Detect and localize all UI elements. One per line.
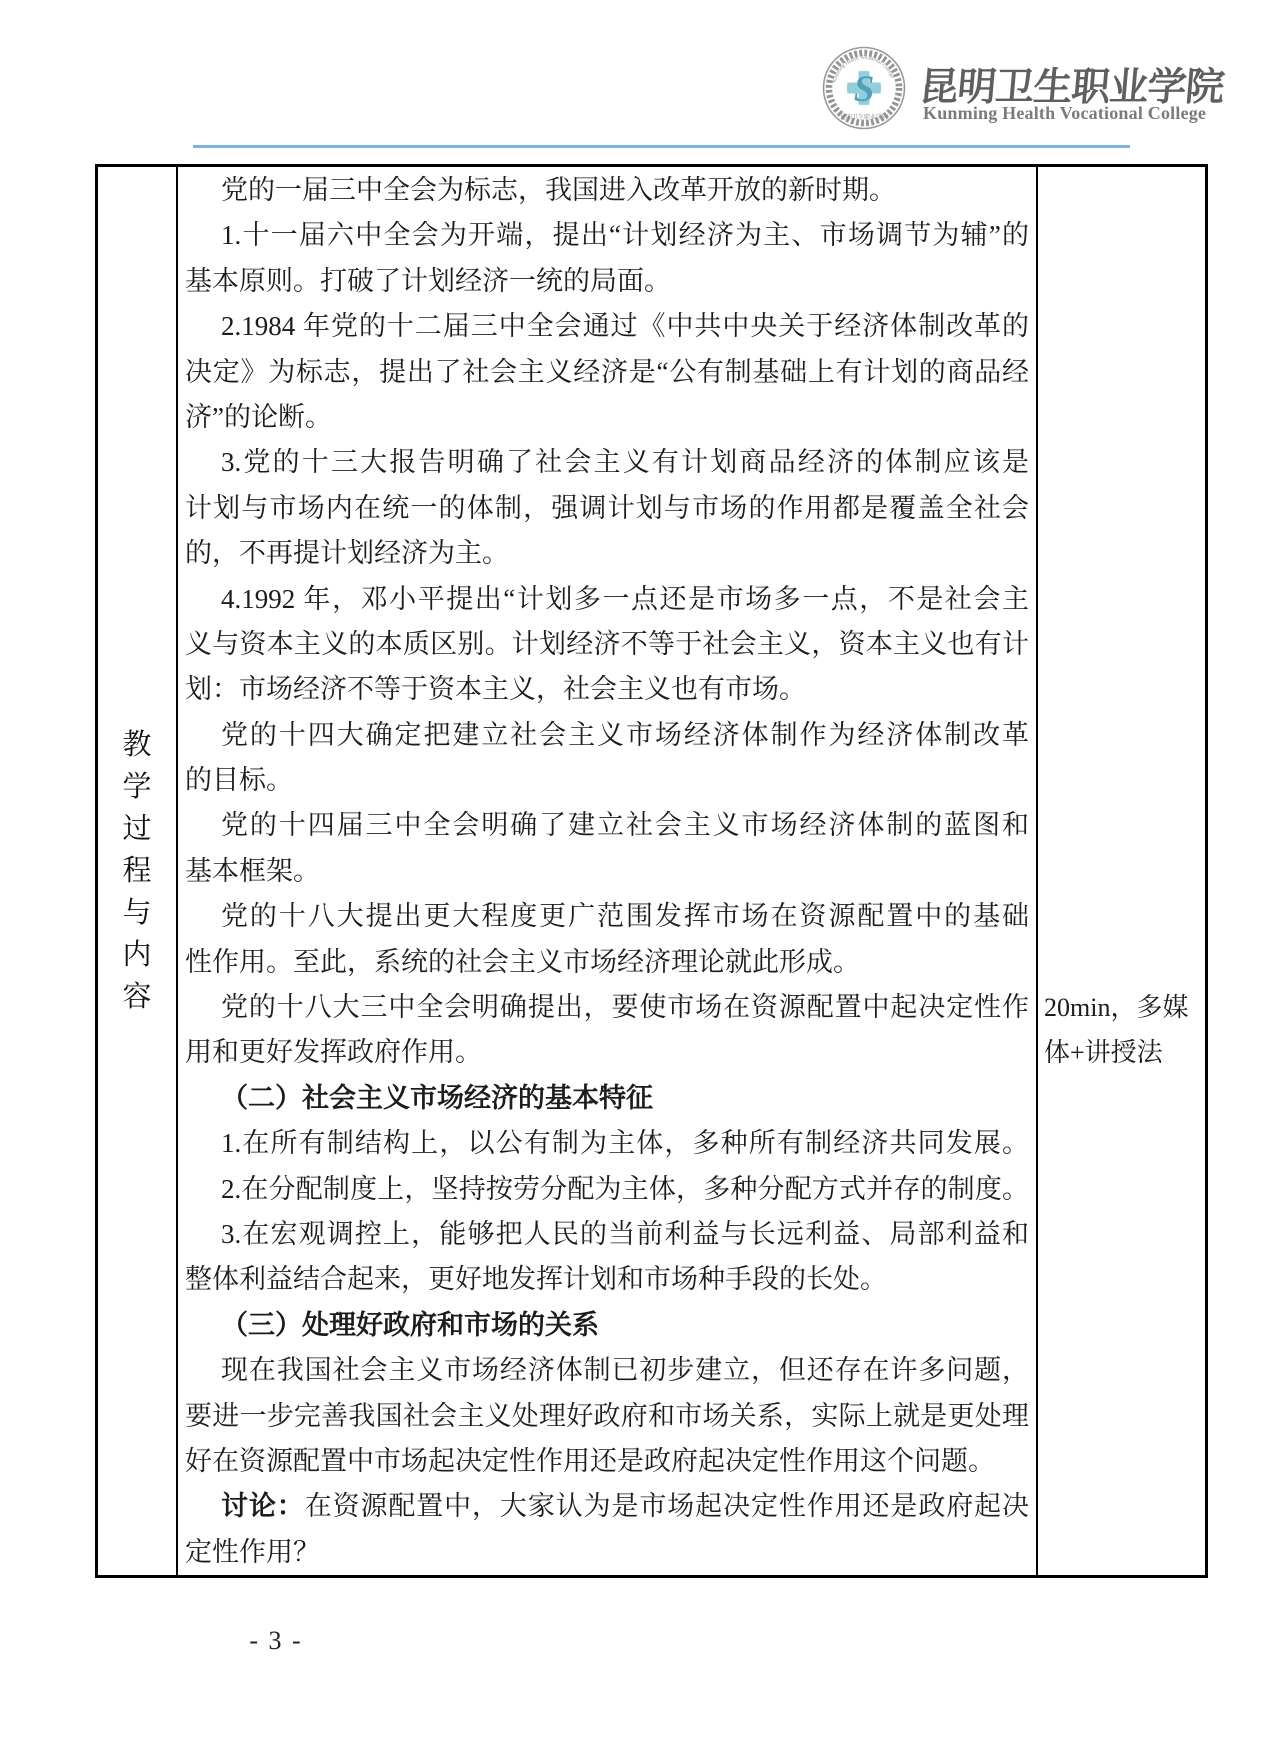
content-line: 讨论：在资源配置中，大家认为是市场起决定性作用还是政府起决 <box>185 1484 1029 1529</box>
content-line: 党的十八大三中全会明确提出，要使市场在资源配置中起决定性作 <box>185 985 1029 1030</box>
left-header-char: 容 <box>122 976 151 1018</box>
content-line: （三）处理好政府和市场的关系 <box>185 1303 1029 1348</box>
content-line: 基本框架。 <box>185 849 1029 894</box>
header-divider-rule <box>193 145 1130 148</box>
content-line: 好在资源配置中市场起决定性作用还是政府起决定性作用这个问题。 <box>185 1439 1029 1484</box>
left-header-vertical-text: 教学过程与内容 <box>122 724 151 1018</box>
content-line: 1.十一届六中全会为开端，提出“计划经济为主、市场调节为辅”的 <box>185 213 1029 258</box>
content-line: 决定》为标志，提出了社会主义经济是“公有制基础上有计划的商品经 <box>185 350 1029 395</box>
left-header-char: 程 <box>122 850 151 892</box>
college-name-calligraphy: 昆明卫生职业学院 <box>918 56 1233 108</box>
document-page: Kunming Health Vocational College S 昆明卫生… <box>0 0 1271 1763</box>
college-name-english: Kunming Health Vocational College <box>923 103 1213 124</box>
content-line: 2.在分配制度上，坚持按劳分配为主体，多种分配方式并存的制度。 <box>185 1167 1029 1212</box>
content-line: 党的十四届三中全会明确了建立社会主义市场经济体制的蓝图和 <box>185 803 1029 848</box>
left-header-char: 与 <box>122 892 151 934</box>
content-line: 2.1984 年党的十二届三中全会通过《中共中央关于经济体制改革的 <box>185 304 1029 349</box>
content-line: 3.党的十三大报告明确了社会主义有计划商品经济的体制应该是 <box>185 440 1029 485</box>
content-line: 3.在宏观调控上，能够把人民的当前利益与长远利益、局部利益和 <box>185 1212 1029 1257</box>
content-cell: 党的一届三中全会为标志，我国进入改革开放的新时期。1.十一届六中全会为开端，提出… <box>178 167 1038 1575</box>
content-line: 1.在所有制结构上，以公有制为主体，多种所有制经济共同发展。 <box>185 1121 1029 1166</box>
seal-s-monogram: S <box>854 69 875 110</box>
content-line: 要进一步完善我国社会主义处理好政府和市场关系，实际上就是更处理 <box>185 1394 1029 1439</box>
page-number: - 3 - <box>206 1626 346 1656</box>
content-line: 义与资本主义的本质区别。计划经济不等于社会主义，资本主义也有计 <box>185 622 1029 667</box>
time-method-cell: 20min，多媒体+讲授法 <box>1038 167 1205 1575</box>
left-header-char: 过 <box>122 808 151 850</box>
content-line: 整体利益结合起来，更好地发挥计划和市场种手段的长处。 <box>185 1257 1029 1302</box>
content-line: 定性作用？ <box>185 1530 1029 1575</box>
content-line: 党的十四大确定把建立社会主义市场经济体制作为经济体制改革 <box>185 713 1029 758</box>
content-line: 性作用。至此，系统的社会主义市场经济理论就此形成。 <box>185 940 1029 985</box>
left-header-char: 内 <box>122 934 151 976</box>
content-line: 4.1992 年，邓小平提出“计划多一点还是市场多一点，不是社会主 <box>185 577 1029 622</box>
content-line: 基本原则。打破了计划经济一统的局面。 <box>185 259 1029 304</box>
left-header-char: 教 <box>122 724 151 766</box>
time-method-note: 20min，多媒体+讲授法 <box>1038 985 1205 1076</box>
content-line: 划：市场经济不等于资本主义，社会主义也有市场。 <box>185 667 1029 712</box>
content-line: 党的一届三中全会为标志，我国进入改革开放的新时期。 <box>185 168 1029 213</box>
left-header-cell: 教学过程与内容 <box>98 167 178 1575</box>
lesson-plan-table: 教学过程与内容 党的一届三中全会为标志，我国进入改革开放的新时期。1.十一届六中… <box>95 164 1208 1578</box>
content-line: 用和更好发挥政府作用。 <box>185 1030 1029 1075</box>
content-line: 济”的论断。 <box>185 395 1029 440</box>
content-line: 党的十八大提出更大程度更广范围发挥市场在资源配置中的基础 <box>185 894 1029 939</box>
content-line: （二）社会主义市场经济的基本特征 <box>185 1076 1029 1121</box>
content-line: 计划与市场内在统一的体制，强调计划与市场的作用都是覆盖全社会 <box>185 486 1029 531</box>
college-seal-logo: Kunming Health Vocational College S 昆明卫生… <box>822 46 906 130</box>
left-header-char: 学 <box>122 766 151 808</box>
content-line: 的，不再提计划经济为主。 <box>185 531 1029 576</box>
seal-bottom-text: 昆明卫生职业学院 <box>840 113 888 121</box>
discussion-label: 讨论： <box>221 1491 305 1521</box>
content-line: 现在我国社会主义市场经济体制已初步建立，但还存在许多问题， <box>185 1348 1029 1393</box>
content-line: 的目标。 <box>185 758 1029 803</box>
